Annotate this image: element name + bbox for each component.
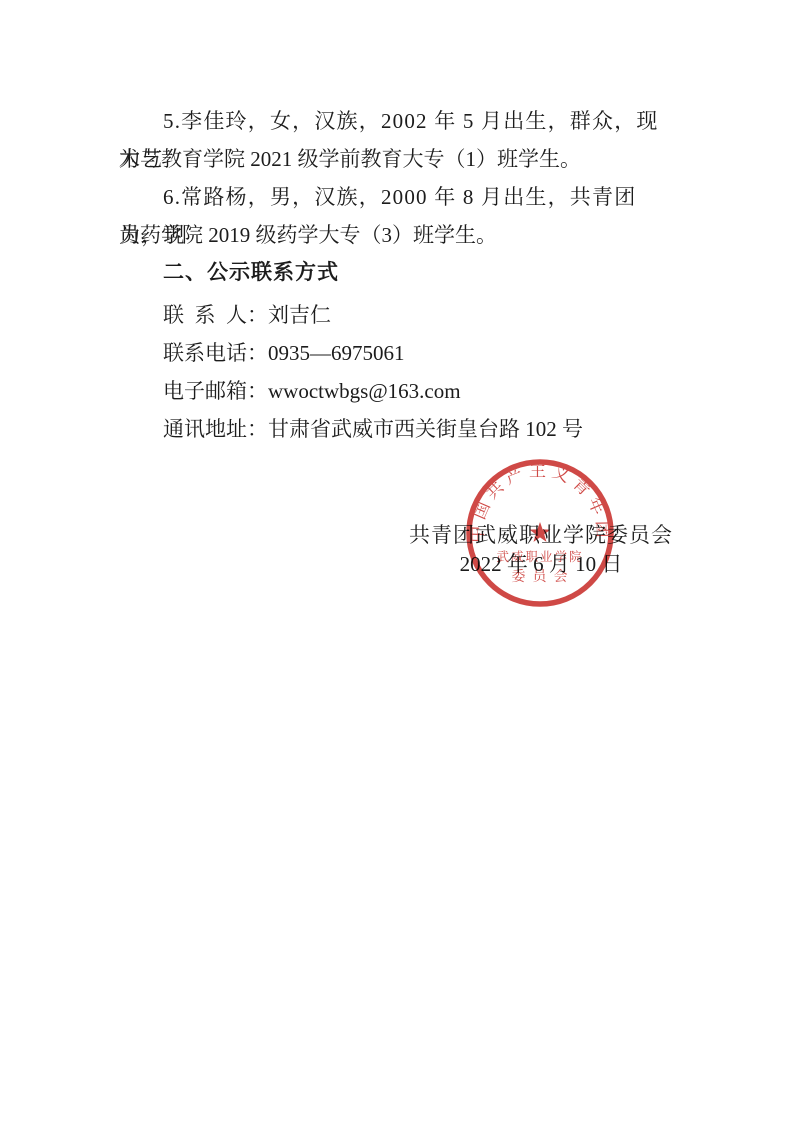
page: { "colors": { "ink": "#1c1c1c", "seal_re… bbox=[0, 0, 793, 1122]
signature-date: 2022 年 6 月 10 日 bbox=[391, 550, 691, 579]
contact-line-phone: 联系电话：0935—6975061 bbox=[119, 334, 676, 372]
paragraph-line: 6.常路杨，男，汉族，2000 年 8 月出生，共青团员，现 bbox=[119, 178, 676, 216]
section-heading: 二、公示联系方式 bbox=[119, 254, 676, 292]
signature-organization: 共青团武威职业学院委员会 bbox=[391, 521, 691, 550]
document-page: 5.李佳玲，女，汉族，2002 年 5 月出生，群众，现为艺 术与教育学院 20… bbox=[0, 0, 793, 1122]
document-body: 5.李佳玲，女，汉族，2002 年 5 月出生，群众，现为艺 术与教育学院 20… bbox=[119, 102, 676, 448]
paragraph-line: 为药学院 2019 级药学大专（3）班学生。 bbox=[119, 216, 676, 254]
contact-line-person: 联 系 人：刘吉仁 bbox=[119, 296, 676, 334]
paragraph-line: 5.李佳玲，女，汉族，2002 年 5 月出生，群众，现为艺 bbox=[119, 102, 676, 140]
contact-line-address: 通讯地址：甘肃省武威市西关街皇台路 102 号 bbox=[119, 410, 676, 448]
signature-block: 共青团武威职业学院委员会 2022 年 6 月 10 日 bbox=[391, 521, 691, 579]
paragraph-line: 术与教育学院 2021 级学前教育大专（1）班学生。 bbox=[119, 140, 676, 178]
contact-line-email: 电子邮箱：wwoctwbgs@163.com bbox=[119, 372, 676, 410]
